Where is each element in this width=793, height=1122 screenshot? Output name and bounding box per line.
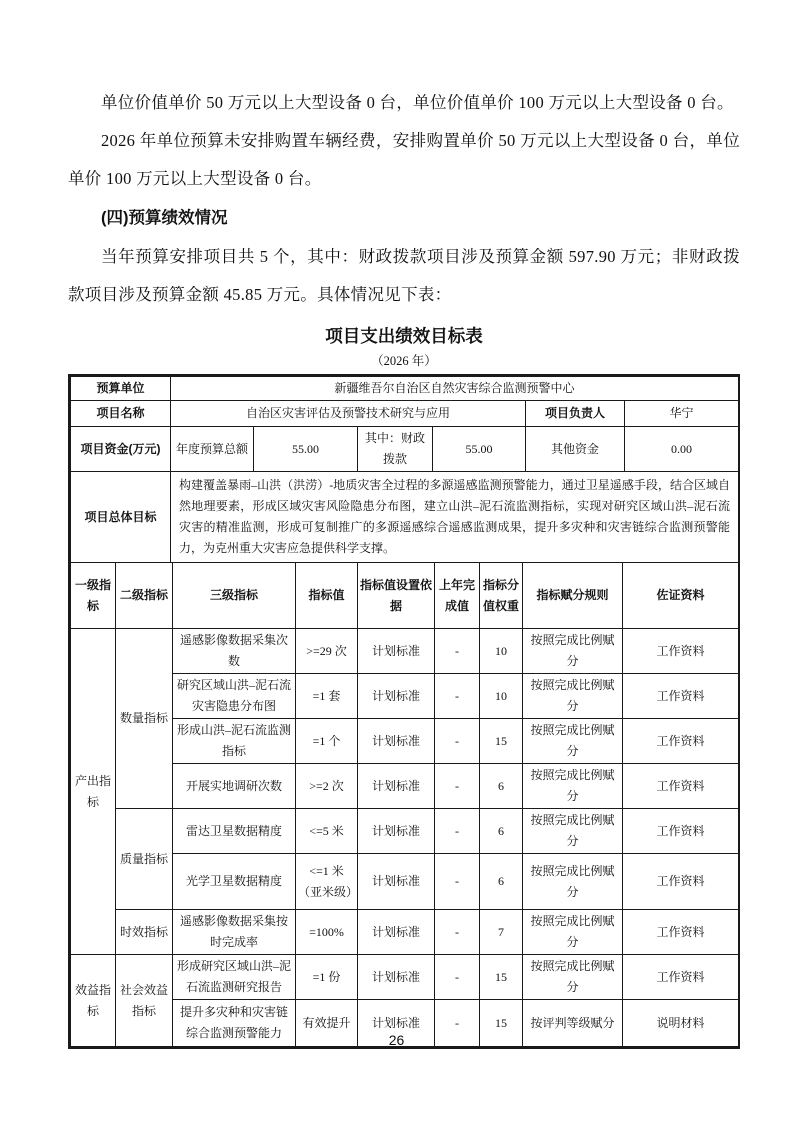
weight-cell: 6 [480,764,523,809]
weight-cell: 10 [480,674,523,719]
prev-cell: - [435,629,480,674]
evidence-cell: 工作资料 [623,854,739,910]
overall-goal-value: 构建覆盖暴雨–山洪（洪涝）-地质灾害全过程的多源遥感监测预警能力，通过卫星遥感手… [171,472,739,563]
indicator-header-row: 一级指标 二级指标 三级指标 指标值 指标值设置依据 上年完成值 指标分值权重 … [71,563,739,629]
budget-unit-value: 新疆维吾尔自治区自然灾害综合监测预警中心 [171,377,739,401]
basis-cell: 计划标准 [358,854,435,910]
value-cell: <=5 米 [296,809,358,854]
weight-cell: 6 [480,809,523,854]
table-row: 项目名称 自治区灾害评估及预警技术研究与应用 项目负责人 华宁 [71,401,739,427]
prev-cell: - [435,854,480,910]
indicator-table: 一级指标 二级指标 三级指标 指标值 指标值设置依据 上年完成值 指标分值权重 … [70,562,739,1047]
table-subtitle: （2026 年） [68,350,740,372]
table-row: 预算单位 新疆维吾尔自治区自然灾害综合监测预警中心 [71,377,739,401]
budget-unit-label: 预算单位 [71,377,171,401]
header-level2: 二级指标 [116,563,173,629]
weight-cell: 15 [480,955,523,1000]
project-funds-label: 项目资金(万元) [71,427,171,472]
header-prev-year: 上年完成值 [435,563,480,629]
evidence-cell: 工作资料 [623,674,739,719]
paragraph-equipment: 单位价值单价 50 万元以上大型设备 0 台，单位价值单价 100 万元以上大型… [68,84,740,122]
basis-cell: 计划标准 [358,629,435,674]
rule-cell: 按照完成比例赋分 [523,955,623,1000]
project-name-label: 项目名称 [71,401,171,427]
indicator-row: 质量指标 雷达卫星数据精度 <=5 米 计划标准 - 6 按照完成比例赋分 工作… [71,809,739,854]
prev-cell: - [435,764,480,809]
section-heading-performance: (四)预算绩效情况 [68,198,740,238]
project-leader-value: 华宁 [625,401,739,427]
value-cell: =1 份 [296,955,358,1000]
indicator-cell: 开展实地调研次数 [173,764,296,809]
indicator-cell: 研究区域山洪–泥石流灾害隐患分布图 [173,674,296,719]
basis-cell: 计划标准 [358,910,435,955]
header-level1: 一级指标 [71,563,116,629]
annual-total-value: 55.00 [254,427,358,472]
basis-cell: 计划标准 [358,809,435,854]
indicator-row: 时效指标 遥感影像数据采集按时完成率 =100% 计划标准 - 7 按照完成比例… [71,910,739,955]
prev-cell: - [435,910,480,955]
document-page: 单位价值单价 50 万元以上大型设备 0 台，单位价值单价 100 万元以上大型… [0,0,793,1122]
indicator-cell: 雷达卫星数据精度 [173,809,296,854]
header-weight: 指标分值权重 [480,563,523,629]
paragraph-vehicle-budget: 2026 年单位预算未安排购置车辆经费，安排购置单价 50 万元以上大型设备 0… [68,122,740,198]
project-name-value: 自治区灾害评估及预警技术研究与应用 [171,401,526,427]
evidence-cell: 工作资料 [623,629,739,674]
table-row: 项目资金(万元) 年度预算总额 55.00 其中：财政拨款 55.00 其他资金… [71,427,739,472]
weight-cell: 6 [480,854,523,910]
paragraph-project-summary: 当年预算安排项目共 5 个，其中：财政拨款项目涉及预算金额 597.90 万元；… [68,238,740,314]
table-row: 项目总体目标 构建覆盖暴雨–山洪（洪涝）-地质灾害全过程的多源遥感监测预警能力，… [71,472,739,563]
header-scoring-rule: 指标赋分规则 [523,563,623,629]
evidence-cell: 工作资料 [623,764,739,809]
page-number: 26 [0,1032,793,1048]
evidence-cell: 工作资料 [623,719,739,764]
value-cell: =1 个 [296,719,358,764]
evidence-cell: 工作资料 [623,809,739,854]
prev-cell: - [435,955,480,1000]
project-leader-label: 项目负责人 [526,401,625,427]
fiscal-appropriation-label: 其中：财政拨款 [358,427,433,472]
header-evidence: 佐证资料 [623,563,739,629]
prev-cell: - [435,719,480,764]
indicator-cell: 形成山洪–泥石流监测指标 [173,719,296,764]
evidence-cell: 工作资料 [623,910,739,955]
level1-output: 产出指标 [71,629,116,955]
basis-cell: 计划标准 [358,955,435,1000]
page-content: 单位价值单价 50 万元以上大型设备 0 台，单位价值单价 100 万元以上大型… [0,0,793,1049]
level2-quantity: 数量指标 [116,629,173,809]
indicator-cell: 遥感影像数据采集按时完成率 [173,910,296,955]
value-cell: =100% [296,910,358,955]
header-level3: 三级指标 [173,563,296,629]
indicator-cell: 遥感影像数据采集次数 [173,629,296,674]
table-title: 项目支出绩效目标表 [68,322,740,350]
indicator-cell: 光学卫星数据精度 [173,854,296,910]
evidence-cell: 工作资料 [623,955,739,1000]
value-cell: >=2 次 [296,764,358,809]
value-cell: >=29 次 [296,629,358,674]
header-value: 指标值 [296,563,358,629]
indicator-row: 效益指标 社会效益指标 形成研究区域山洪–泥石流监测研究报告 =1 份 计划标准… [71,955,739,1000]
rule-cell: 按照完成比例赋分 [523,854,623,910]
project-info-table: 预算单位 新疆维吾尔自治区自然灾害综合监测预警中心 项目名称 自治区灾害评估及预… [70,376,739,563]
other-funds-value: 0.00 [625,427,739,472]
weight-cell: 10 [480,629,523,674]
weight-cell: 15 [480,719,523,764]
other-funds-label: 其他资金 [526,427,625,472]
indicator-cell: 形成研究区域山洪–泥石流监测研究报告 [173,955,296,1000]
rule-cell: 按照完成比例赋分 [523,719,623,764]
header-basis: 指标值设置依据 [358,563,435,629]
basis-cell: 计划标准 [358,674,435,719]
value-cell: <=1 米（亚米级） [296,854,358,910]
annual-total-label: 年度预算总额 [171,427,254,472]
indicator-row: 产出指标 数量指标 遥感影像数据采集次数 >=29 次 计划标准 - 10 按照… [71,629,739,674]
rule-cell: 按照完成比例赋分 [523,910,623,955]
performance-target-table: 预算单位 新疆维吾尔自治区自然灾害综合监测预警中心 项目名称 自治区灾害评估及预… [68,374,740,1049]
rule-cell: 按照完成比例赋分 [523,764,623,809]
overall-goal-label: 项目总体目标 [71,472,171,563]
rule-cell: 按照完成比例赋分 [523,809,623,854]
level2-timeliness: 时效指标 [116,910,173,955]
basis-cell: 计划标准 [358,719,435,764]
prev-cell: - [435,674,480,719]
value-cell: =1 套 [296,674,358,719]
fiscal-appropriation-value: 55.00 [433,427,526,472]
weight-cell: 7 [480,910,523,955]
basis-cell: 计划标准 [358,764,435,809]
level2-quality: 质量指标 [116,809,173,910]
rule-cell: 按照完成比例赋分 [523,674,623,719]
rule-cell: 按照完成比例赋分 [523,629,623,674]
prev-cell: - [435,809,480,854]
